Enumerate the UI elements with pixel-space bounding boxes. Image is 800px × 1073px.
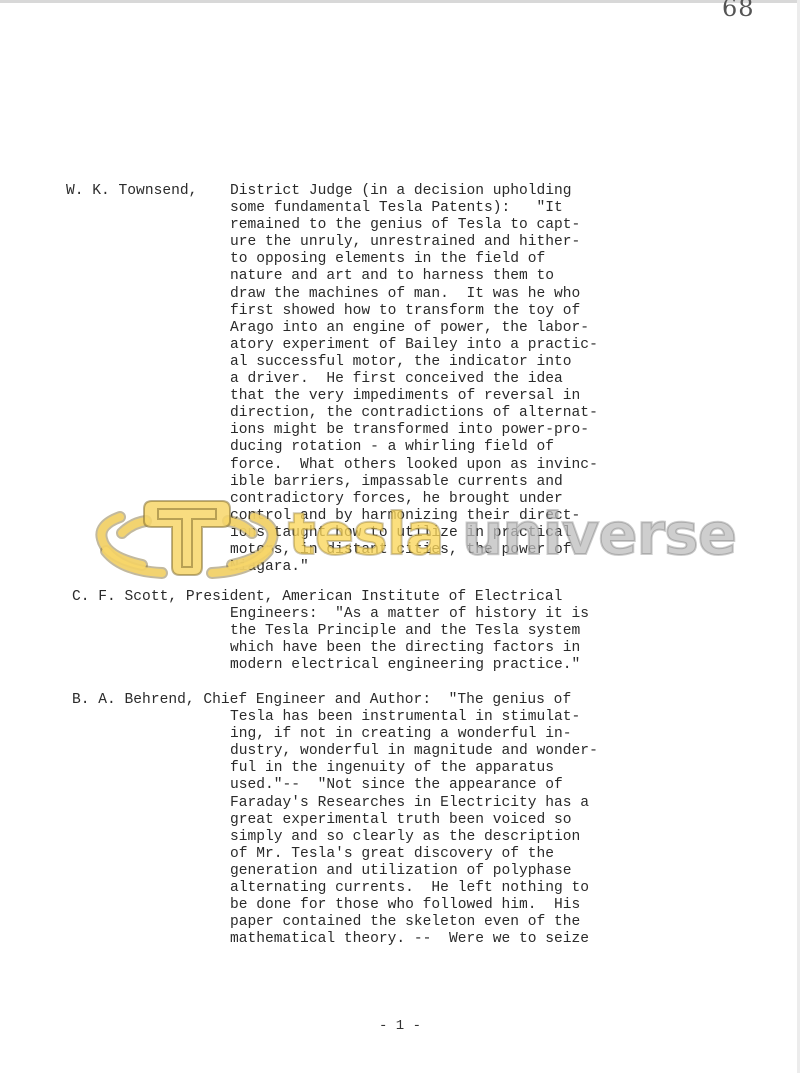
quote-line: simply and so clearly as the description bbox=[230, 829, 598, 846]
quote-line: Engineers: "As a matter of history it is bbox=[230, 606, 589, 623]
quote-line: dustry, wonderful in magnitude and wonde… bbox=[230, 743, 598, 760]
quote-entry-townsend: W. K. Townsend, District Judge (in a dec… bbox=[66, 183, 84, 234]
quote-line: atory experiment of Bailey into a practi… bbox=[230, 337, 598, 354]
quote-line: used."-- "Not since the appearance of bbox=[230, 777, 598, 794]
quote-line: alternating currents. He left nothing to bbox=[230, 880, 598, 897]
quote-line: Niagara." bbox=[230, 559, 598, 576]
quote-author: C. F. Scott, President, American Institu… bbox=[72, 589, 562, 606]
quote-line: some fundamental Tesla Patents): "It bbox=[230, 200, 598, 217]
quote-line: ure the unruly, unrestrained and hither- bbox=[230, 234, 598, 251]
quote-line: modern electrical engineering practice." bbox=[230, 657, 589, 674]
quote-line: a driver. He first conceived the idea bbox=[230, 371, 598, 388]
quote-line: generation and utilization of polyphase bbox=[230, 863, 598, 880]
handwritten-page-number: 68 bbox=[722, 0, 755, 22]
quote-line: be done for those who followed him. His bbox=[230, 897, 598, 914]
quote-line: ions taught how to utilize in practical bbox=[230, 525, 598, 542]
quote-line: first showed how to transform the toy of bbox=[230, 303, 598, 320]
quote-body: District Judge (in a decision upholdings… bbox=[230, 183, 598, 576]
quote-line: contradictory forces, he brought under bbox=[230, 491, 598, 508]
quote-line: District Judge (in a decision upholding bbox=[230, 183, 598, 200]
quote-entry-scott: C. F. Scott, President, American Institu… bbox=[72, 589, 90, 640]
quote-line: the Tesla Principle and the Tesla system bbox=[230, 623, 589, 640]
quote-line: control and by harmonizing their direct- bbox=[230, 508, 598, 525]
quote-line: remained to the genius of Tesla to capt- bbox=[230, 217, 598, 234]
quote-line: Faraday's Researches in Electricity has … bbox=[230, 795, 598, 812]
quote-line: which have been the directing factors in bbox=[230, 640, 589, 657]
quote-line: direction, the contradictions of alterna… bbox=[230, 405, 598, 422]
quote-line: mathematical theory. -- Were we to seize bbox=[230, 931, 598, 948]
quote-line: paper contained the skeleton even of the bbox=[230, 914, 598, 931]
scan-top-edge bbox=[0, 0, 800, 3]
quote-line: ducing rotation - a whirling field of bbox=[230, 439, 598, 456]
quote-line: nature and art and to harness them to bbox=[230, 268, 598, 285]
quote-line: al successful motor, the indicator into bbox=[230, 354, 598, 371]
quote-body: Tesla has been instrumental in stimulat-… bbox=[230, 709, 598, 948]
quote-line: that the very impediments of reversal in bbox=[230, 388, 598, 405]
footer-page-number: - 1 - bbox=[0, 1018, 800, 1034]
quote-line: draw the machines of man. It was he who bbox=[230, 286, 598, 303]
quote-line: Tesla has been instrumental in stimulat- bbox=[230, 709, 598, 726]
quote-entry-behrend: B. A. Behrend, Chief Engineer and Author… bbox=[72, 692, 90, 743]
quote-line: ful in the ingenuity of the apparatus bbox=[230, 760, 598, 777]
quote-line: ible barriers, impassable currents and bbox=[230, 474, 598, 491]
quote-line: of Mr. Tesla's great discovery of the bbox=[230, 846, 598, 863]
quote-body: Engineers: "As a matter of history it is… bbox=[230, 606, 589, 674]
quote-line: force. What others looked upon as invinc… bbox=[230, 457, 598, 474]
quote-author: W. K. Townsend, bbox=[66, 183, 197, 200]
quote-line: to opposing elements in the field of bbox=[230, 251, 598, 268]
quote-line: ing, if not in creating a wonderful in- bbox=[230, 726, 598, 743]
quote-line: great experimental truth been voiced so bbox=[230, 812, 598, 829]
quote-line: ions might be transformed into power-pro… bbox=[230, 422, 598, 439]
quote-author: B. A. Behrend, Chief Engineer and Author… bbox=[72, 692, 571, 709]
quote-line: Arago into an engine of power, the labor… bbox=[230, 320, 598, 337]
quote-line: motors, in distant cities, the power of bbox=[230, 542, 598, 559]
